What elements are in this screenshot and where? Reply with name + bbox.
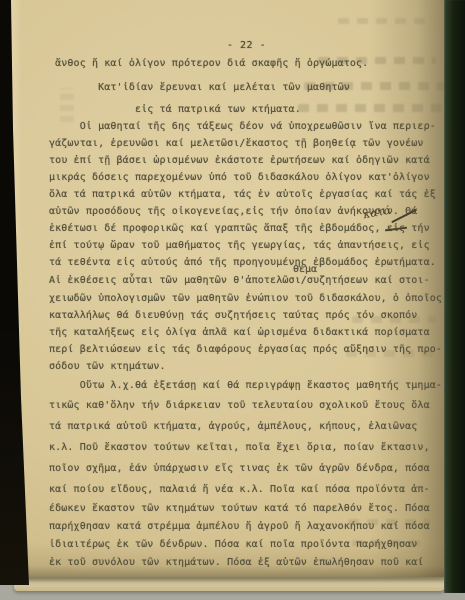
text-line: του ἐπί τῇ βάσει ὡρισμένων ἑκάστοτε ἐρωτ… xyxy=(49,155,430,166)
text-line: Οἱ μαθηταί τῆς 6ης τάξεως δέον νά ὑποχρε… xyxy=(49,121,436,132)
text-segment: τικῶς καθ'ὅλην τήν διάρκειαν τοῦ τελευτα… xyxy=(49,400,430,411)
text-segment: τήν xyxy=(405,223,430,234)
text-segment: του ἐπί τῇ βάσει ὡρισμένων ἑκάστοτε ἐρωτ… xyxy=(49,155,430,166)
text-line: τά πατρικά αὐτοῦ κτήματα, ἀγρούς, ἀμπέλο… xyxy=(49,421,417,432)
text-segment: Οἱ μαθηταί τῆς 6ης τάξεως δέον νά ὑποχρε… xyxy=(49,121,436,132)
text-line: τά τεθέντα εἰς αὐτούς ἀπό τῆς προηγουμέν… xyxy=(49,257,436,268)
text-segment: χειωδῶν ὑπολογισμῶν τῶν μαθητῶν ἐνώπιον … xyxy=(49,293,442,304)
bleed-through-smudge xyxy=(298,104,450,112)
text-line: Οὕτω λ.χ.θά ἐξετάσῃ καί θά περιγράψῃ ἕκα… xyxy=(49,380,442,391)
binding-edge-right xyxy=(444,0,465,593)
text-segment: καί ποίου εἴδους, παλαιά ἤ νέα κ.λ. Ποῖα… xyxy=(49,484,430,495)
text-segment: τῆς καταλήξεως εἰς ὀλίγα ἁπλᾶ καί ὡρισμέ… xyxy=(49,327,430,338)
text-segment: μικράς δόσεις παρεχομένων ὑπό τοῦ διδασκ… xyxy=(49,172,430,183)
text-line: καί ποίου εἴδους, παλαιά ἤ νέα κ.λ. Ποῖα… xyxy=(49,484,430,495)
text-line: ἰδιαιτέρως ἐκ τῶν δένδρων. Πόσα καί ποῖα… xyxy=(49,539,417,550)
text-segment: σόδου τῶν κτημάτων. xyxy=(49,361,166,372)
text-segment: καταλλήλως θά διευθύνῃ τάς συζητήσεις τα… xyxy=(49,310,417,321)
text-line: σόδου τῶν κτημάτων. xyxy=(49,361,166,372)
text-line: ἄνθος ἤ καί ὀλίγον πρότερον διά σκαφῆς ἤ… xyxy=(49,58,368,69)
page-number: - 22 - xyxy=(227,40,266,51)
text-segment: τά τεθέντα εἰς αὐτούς ἀπό τῆς προηγουμέν… xyxy=(49,257,436,268)
text-line: Κατ'ἰδίαν ἔρευναι καί μελέται τῶν μαθητῶ… xyxy=(49,82,350,93)
text-line: παρήχθησαν κατά στρέμμα ἀμπέλου ἤ ἀγροῦ … xyxy=(49,521,430,532)
text-segment: Αἱ ἐκθέσεις αὗται τῶν μαθητῶν θ'ἀποτελῶσ… xyxy=(49,275,430,286)
text-segment: Οὕτω λ.χ.θά ἐξετάσῃ καί θά περιγράψῃ ἕκα… xyxy=(49,380,442,391)
text-segment: περί βελτιώσεων εἰς τάς διαφόρους ἐργασί… xyxy=(49,344,442,355)
text-segment: ἰδιαιτέρως ἐκ τῶν δένδρων. Πόσα καί ποῖα… xyxy=(49,539,417,550)
text-line: περί βελτιώσεων εἰς τάς διαφόρους ἐργασί… xyxy=(49,344,442,355)
text-segment: Κατ'ἰδίαν ἔρευναι καί μελέται τῶν μαθητῶ… xyxy=(49,82,350,93)
text-line: εἰς τά πατρικά των κτήματα. xyxy=(49,104,301,115)
text-segment: εἰς τά πατρικά των κτήματα. xyxy=(49,104,301,115)
text-segment: ὅλα τά πατρικά αὐτῶν κτήματα, τάς ἐν αὐτ… xyxy=(49,189,436,200)
text-segment: κ.λ. Ποῦ ἕκαστον τούτων κεῖται, ποῖα ἔχε… xyxy=(49,442,430,453)
scanned-document-photo: - 22 - ἄνθος ἤ καί ὀλίγον πρότερον διά σ… xyxy=(0,0,465,600)
text-segment: τά πατρικά αὐτοῦ κτήματα, ἀγρούς, ἀμπέλο… xyxy=(49,421,417,432)
text-segment: ἄνθος ἤ καί ὀλίγον πρότερον διά σκαφῆς ἤ… xyxy=(49,58,368,69)
text-line: τικῶς καθ'ὅλην τήν διάρκειαν τοῦ τελευτα… xyxy=(49,400,430,411)
text-line: ἐκθέτωσι δέ προφορικῶς καί γραπτῶς ἅπαξ … xyxy=(49,223,430,234)
text-line: χειωδῶν ὑπολογισμῶν τῶν μαθητῶν ἐνώπιον … xyxy=(49,293,442,304)
text-line: μικράς δόσεις παρεχομένων ὑπό τοῦ διδασκ… xyxy=(49,172,430,183)
text-segment: ποῖον σχῆμα, ἐάν ὑπάρχωσιν εἴς τινας ἐκ … xyxy=(49,463,430,474)
text-segment: ἐκ τοῦ συνόλου τῶν κτημάτων. Πόσα ἐξ αὐτ… xyxy=(49,557,424,568)
text-segment: παρήχθησαν κατά στρέμμα ἀμπέλου ἤ ἀγροῦ … xyxy=(49,521,430,532)
struck-word: εἰς xyxy=(387,223,405,234)
text-line: Αἱ ἐκθέσεις αὗται τῶν μαθητῶν θ'ἀποτελῶσ… xyxy=(49,275,430,286)
text-line: έδωκεν ἕκαστον τῶν κτημάτων τούτων κατά … xyxy=(49,503,430,514)
text-line: ποῖον σχῆμα, ἐάν ὑπάρχωσιν εἴς τινας ἐκ … xyxy=(49,463,430,474)
bleed-through-smudge xyxy=(338,18,430,24)
text-line: ὅλα τά πατρικά αὐτῶν κτήματα, τάς ἐν αὐτ… xyxy=(49,189,436,200)
text-segment: ἐπί τούτῳ ὥραν τοῦ μαθήματος τῆς γεωργία… xyxy=(49,240,430,251)
text-line: ἐπί τούτῳ ὥραν τοῦ μαθήματος τῆς γεωργία… xyxy=(49,240,430,251)
text-segment: έδωκεν ἕκαστον τῶν κτημάτων τούτων κατά … xyxy=(49,503,430,514)
text-line: ἐκ τοῦ συνόλου τῶν κτημάτων. Πόσα ἐξ αὐτ… xyxy=(49,557,424,568)
text-segment: ἐκθέτωσι δέ προφορικῶς καί γραπτῶς ἅπαξ … xyxy=(49,223,387,234)
text-line: καταλλήλως θά διευθύνῃ τάς συζητήσεις τα… xyxy=(49,310,417,321)
typed-insertion-annotation: θέμα xyxy=(293,264,317,275)
text-line: τῆς καταλήξεως εἰς ὀλίγα ἁπλᾶ καί ὡρισμέ… xyxy=(49,327,430,338)
text-line: κ.λ. Ποῦ ἕκαστον τούτων κεῖται, ποῖα ἔχε… xyxy=(49,442,430,453)
text-segment: γάζωνται, ἐρευνῶσι καί μελετῶσι/ἕκαστος … xyxy=(49,138,424,149)
text-line: γάζωνται, ἐρευνῶσι καί μελετῶσι/ἕκαστος … xyxy=(49,138,424,149)
